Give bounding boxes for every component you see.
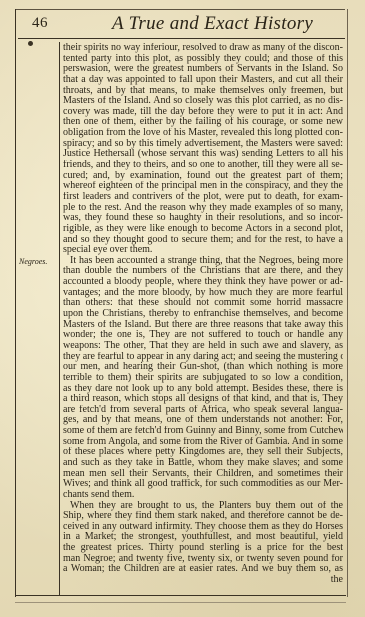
running-head: A True and Exact History: [112, 13, 313, 35]
text-line: Justice Hethersall (whose servant this w…: [63, 149, 343, 160]
text-line: as they dare not look up to any bold att…: [63, 384, 343, 395]
text-line: spiracy; and so by this timely advertise…: [63, 139, 343, 150]
text-line: their spirits no way inferiour, resolved…: [63, 43, 343, 54]
text-line: covery was made, till the day before the…: [63, 107, 343, 118]
marginal-note: Negroes.: [19, 257, 47, 266]
text-line: a third reason, which stops all designs …: [63, 394, 343, 405]
text-line: terrible to them) their spirits are subj…: [63, 373, 343, 384]
text-line: some from Angola, and some from the Rive…: [63, 437, 343, 448]
ink-blot: [28, 41, 33, 46]
page-number: 46: [32, 15, 48, 32]
text-line: It has been accounted a strange thing, t…: [63, 256, 343, 267]
text-line: and such as they take in Battle, whom th…: [63, 458, 343, 469]
text-line: chants send them.: [63, 490, 343, 501]
text-line: and so they thought good to secure them;…: [63, 235, 343, 246]
text-line: Masters of the Island. And so closely wa…: [63, 96, 343, 107]
text-line: our men, and hearing their Gun-shot, (th…: [63, 362, 343, 373]
text-line: special eye over them.: [63, 245, 343, 256]
text-line: rigible, as they were like enough to bec…: [63, 224, 343, 235]
bottom-rule: [15, 595, 346, 596]
text-line: some of them are fetch'd from Guinny and…: [63, 426, 343, 437]
text-line: vantages; and the more bloody, by how mu…: [63, 288, 343, 299]
text-line: ges, and by that means, one of them unde…: [63, 415, 343, 426]
text-line: throats, and by that means, to make them…: [63, 86, 343, 97]
text-line: When they are brought to us, the Planter…: [63, 501, 343, 512]
header-rule: [18, 38, 345, 39]
text-line: that a day was appointed to fall upon th…: [63, 75, 343, 86]
text-line: upon the Christians, thereby to enfranch…: [63, 309, 343, 320]
text-line: a Woman; the Children are at easier rate…: [63, 564, 343, 575]
text-line: obligation from the love of his Master, …: [63, 128, 343, 139]
text-line: man Negroe; and twenty five, twenty six,…: [63, 554, 343, 565]
text-line: first leaders and contrivers of the plot…: [63, 192, 343, 203]
text-line: they are fearful to appear in any daring…: [63, 352, 343, 363]
catchword: the: [63, 575, 343, 586]
text-line: friends, and they to theirs, and so one …: [63, 160, 343, 171]
text-line: Ship, where they find them stark naked, …: [63, 511, 343, 522]
text-line: whereof eighteen of the principal men in…: [63, 181, 343, 192]
text-line: accounted a bloody people, where they th…: [63, 277, 343, 288]
margin-rule: [59, 42, 60, 595]
text-line: Wives; and think all good traffick, for …: [63, 479, 343, 490]
bottom-rule-outer: [15, 602, 346, 603]
text-line: perswasion, were the greatest numbers of…: [63, 64, 343, 75]
text-line: ple to the rest. And the reason why they…: [63, 203, 343, 214]
text-line: than others: that these should not commi…: [63, 298, 343, 309]
text-line: Masters of the Island. But there are thr…: [63, 320, 343, 331]
text-line: was, they found these so haughty in thei…: [63, 213, 343, 224]
body-text: their spirits no way inferiour, resolved…: [63, 43, 343, 586]
text-line: of these places where petty Kingdomes ar…: [63, 447, 343, 458]
text-line: the greatest prices. Thirty pound sterli…: [63, 543, 343, 554]
text-line: ceived in any outward infirmity. They ch…: [63, 522, 343, 533]
text-line: cured; and, by examination, found out th…: [63, 171, 343, 182]
text-line: wonder; the one is, They are not suffere…: [63, 330, 343, 341]
text-line: mean men sell their Servants, their Chil…: [63, 469, 343, 480]
text-line: then one of them, either by the failing …: [63, 117, 343, 128]
text-line: tented party into this plot, as possibly…: [63, 54, 343, 65]
text-line: weapons: The other, That they are held i…: [63, 341, 343, 352]
text-line: than double the numbers of the Christian…: [63, 266, 343, 277]
text-line: are fetch'd from several parts of Africa…: [63, 405, 343, 416]
text-line: in a Market; the strongest, youthfullest…: [63, 532, 343, 543]
